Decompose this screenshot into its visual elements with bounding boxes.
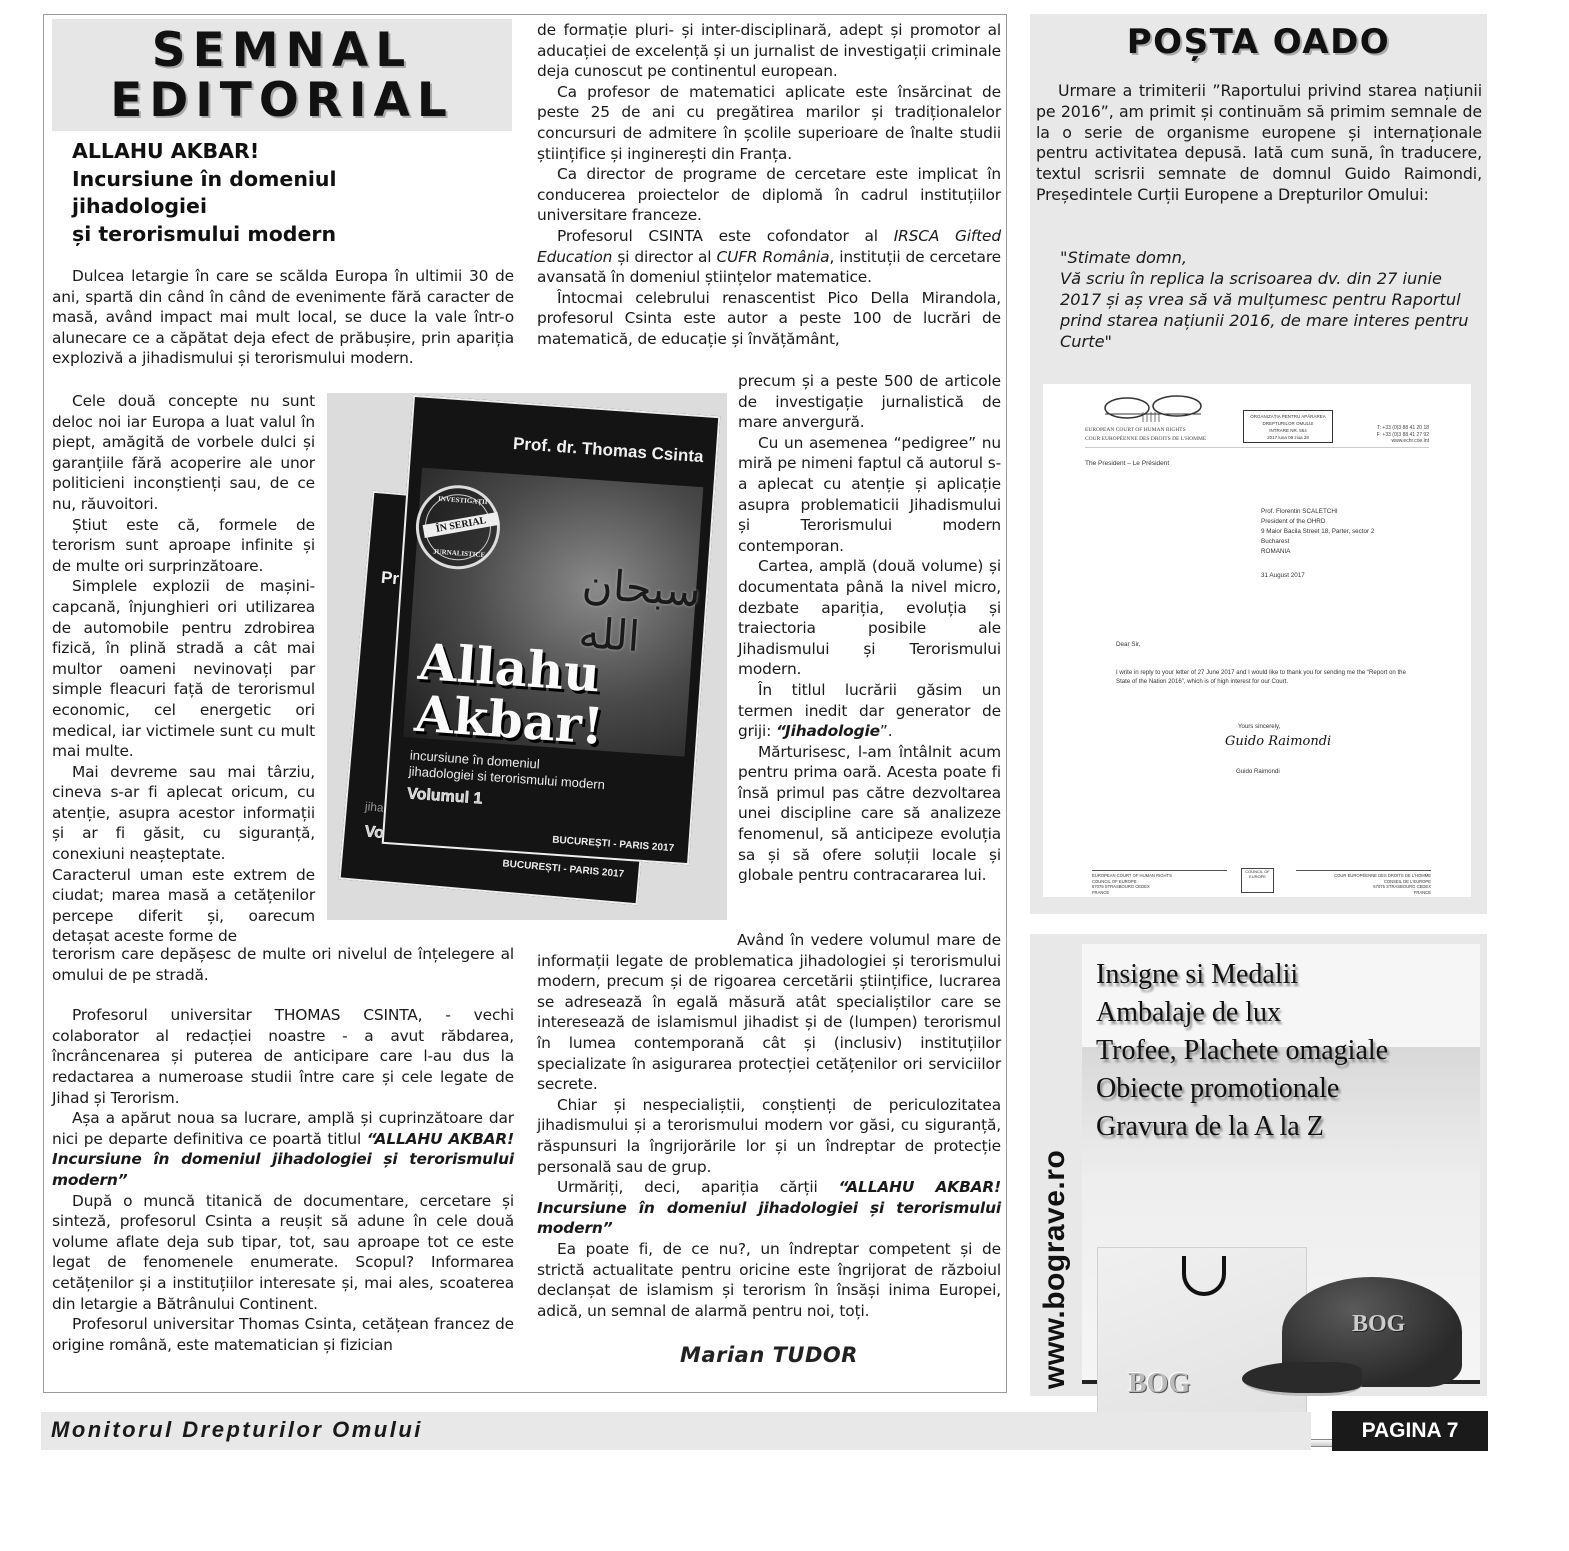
book-author: Prof. dr. Thomas Csinta — [512, 434, 704, 467]
headline-line: ALLAHU AKBAR! — [72, 138, 492, 166]
council-of-europe-logo-icon: COUNCIL OF EUROPE — [1241, 868, 1274, 893]
headline-line: și terorismului modern — [72, 221, 492, 249]
divider — [1085, 447, 1429, 448]
letter-date: 31 August 2017 — [1261, 572, 1305, 579]
page-footer: Monitorul Drepturilor Omului — [41, 1412, 1311, 1450]
paragraph: Urmăriți, deci, apariția cărții “ALLAHU … — [537, 1177, 1001, 1239]
paragraph: Ea poate fi, de ce nu?, un îndreptar com… — [537, 1239, 1001, 1321]
paragraph: precum și a peste 500 de articole de inv… — [738, 371, 1001, 433]
term-jihadologie: “Jihadologie — [776, 722, 880, 740]
spacer — [52, 985, 514, 1005]
registration-stamp: ORGANIZAȚIA PENTRU APĂRAREA DREPTURILOR … — [1243, 410, 1333, 443]
ad-website-link[interactable]: www.bograve.ro — [1038, 1150, 1072, 1389]
article-column-2-wrap: precum și a peste 500 de articole de inv… — [738, 371, 1001, 886]
paragraph: Chiar și nespecialiștii, conștienți de p… — [537, 1095, 1001, 1177]
posta-quote: "Stimate domn, Vă scriu în replica la sc… — [1060, 247, 1484, 352]
letter-contact: T: +33 (0)3 88 41 20 18 F: +33 (0)3 88 4… — [1377, 425, 1429, 445]
section-header-line1: SEMNAL — [52, 25, 512, 77]
posta-title: POȘTA OADO — [1030, 22, 1487, 62]
book-title: Allahu Akbar! — [413, 636, 609, 753]
paragraph: Întocmai celebrului renascentist Pico De… — [537, 288, 1001, 350]
letter-address: Prof. Florentin SCALETCHI President of t… — [1261, 507, 1374, 557]
paragraph: Dulcea letargie în care se scălda Europa… — [52, 266, 514, 369]
paragraph: Ca profesor de matematici aplicate este … — [537, 82, 1001, 164]
ad-services-list: Insigne si Medalii Ambalaje de lux Trofe… — [1096, 956, 1388, 1146]
article-column-1-wrap: Cele două concepte nu sunt deloc noi iar… — [52, 391, 315, 947]
org-name: CUFR România — [716, 248, 829, 266]
paragraph: Cu un asemenea “pedigree” nu miră pe nim… — [738, 433, 1001, 557]
paragraph: Cartea, amplă (două volume) și documenta… — [738, 556, 1001, 680]
article-column-2-bottom: Având în vedere volumul mare de informaț… — [537, 930, 1001, 1321]
signature: Guido Raimondi — [1225, 734, 1331, 749]
paragraph: Profesorul universitar Thomas Csinta, ce… — [52, 1314, 514, 1355]
paragraph: Profesorul CSINTA este cofondator al IRS… — [537, 226, 1001, 288]
article-headline: ALLAHU AKBAR! Incursiune în domeniul jih… — [72, 138, 492, 248]
echr-letter-scan: EUROPEAN COURT OF HUMAN RIGHTS COUR EURO… — [1043, 384, 1471, 897]
article-column-2-top: de formație pluri- și inter-disciplinară… — [537, 20, 1001, 350]
paragraph: Având în vedere volumul mare de informaț… — [537, 930, 1001, 1095]
paragraph: Simplele explozii de mașini-capcană, înj… — [52, 576, 315, 761]
paragraph: După o muncă titanică de documentare, ce… — [52, 1191, 514, 1315]
headline-line: Incursiune în domeniul — [72, 166, 492, 194]
court-building-icon — [1095, 394, 1210, 424]
paragraph: În titlul lucrării găsim un termen inedi… — [738, 680, 1001, 742]
bograve-advertisement: BOG BOG Insigne si Medalii Ambalaje de l… — [1030, 934, 1487, 1396]
section-header: SEMNAL EDITORIAL — [52, 19, 512, 131]
paragraph: Mărturisesc, l-am întâlnit acum pentru p… — [738, 742, 1001, 886]
paragraph: Cele două concepte nu sunt deloc noi iar… — [52, 391, 315, 515]
paragraph: Așa a apărut noua sa lucrare, amplă și c… — [52, 1108, 514, 1190]
paragraph: Profesorul universitar THOMAS CSINTA, - … — [52, 1005, 514, 1108]
paragraph: terorism care depășesc de multe ori nive… — [52, 944, 514, 985]
letter-body: I write in reply to your letter of 27 Ju… — [1116, 668, 1416, 686]
article-column-1-top: Dulcea letargie în care se scălda Europa… — [52, 266, 514, 369]
letter-footer-left: EUROPEAN COURT OF HUMAN RIGHTS COUNCIL O… — [1092, 870, 1227, 895]
paragraph: Știut este că, formele de terorism sunt … — [52, 515, 315, 577]
publication-name: Monitorul Drepturilor Omului — [51, 1417, 423, 1443]
book-cover-image: Pr jihadologiei Volumul 2 BUCUREȘTI - PA… — [327, 393, 727, 920]
paragraph: Ca director de programe de cercetare est… — [537, 164, 1001, 226]
page-number-badge: PAGINA 7 — [1332, 1411, 1488, 1451]
book-subtitle: incursiune în domeniul jihadologiei si t… — [408, 747, 606, 793]
book-volume-1: Prof. dr. Thomas Csinta INVESTIGAȚII ÎN … — [382, 395, 721, 865]
posta-intro: Urmare a trimiterii ”Raportului privind … — [1036, 81, 1482, 206]
article-author: Marian TUDOR — [537, 1343, 1001, 1367]
paragraph: de formație pluri- și inter-disciplinară… — [537, 20, 1001, 82]
paragraph: Caracterul uman este extrem de ciudat; m… — [52, 865, 315, 947]
baseball-cap-icon: BOG — [1242, 1277, 1472, 1407]
article-column-1-bottom: terorism care depășesc de multe ori nive… — [52, 944, 514, 1355]
headline-line: jihadologiei — [72, 193, 492, 221]
section-header-line2: EDITORIAL — [52, 75, 512, 127]
paragraph: Mai devreme sau mai târziu, cineva s-ar … — [52, 762, 315, 865]
letter-footer-right: COUR EUROPÉENNE DES DROITS DE L'HOMME CO… — [1296, 870, 1431, 895]
